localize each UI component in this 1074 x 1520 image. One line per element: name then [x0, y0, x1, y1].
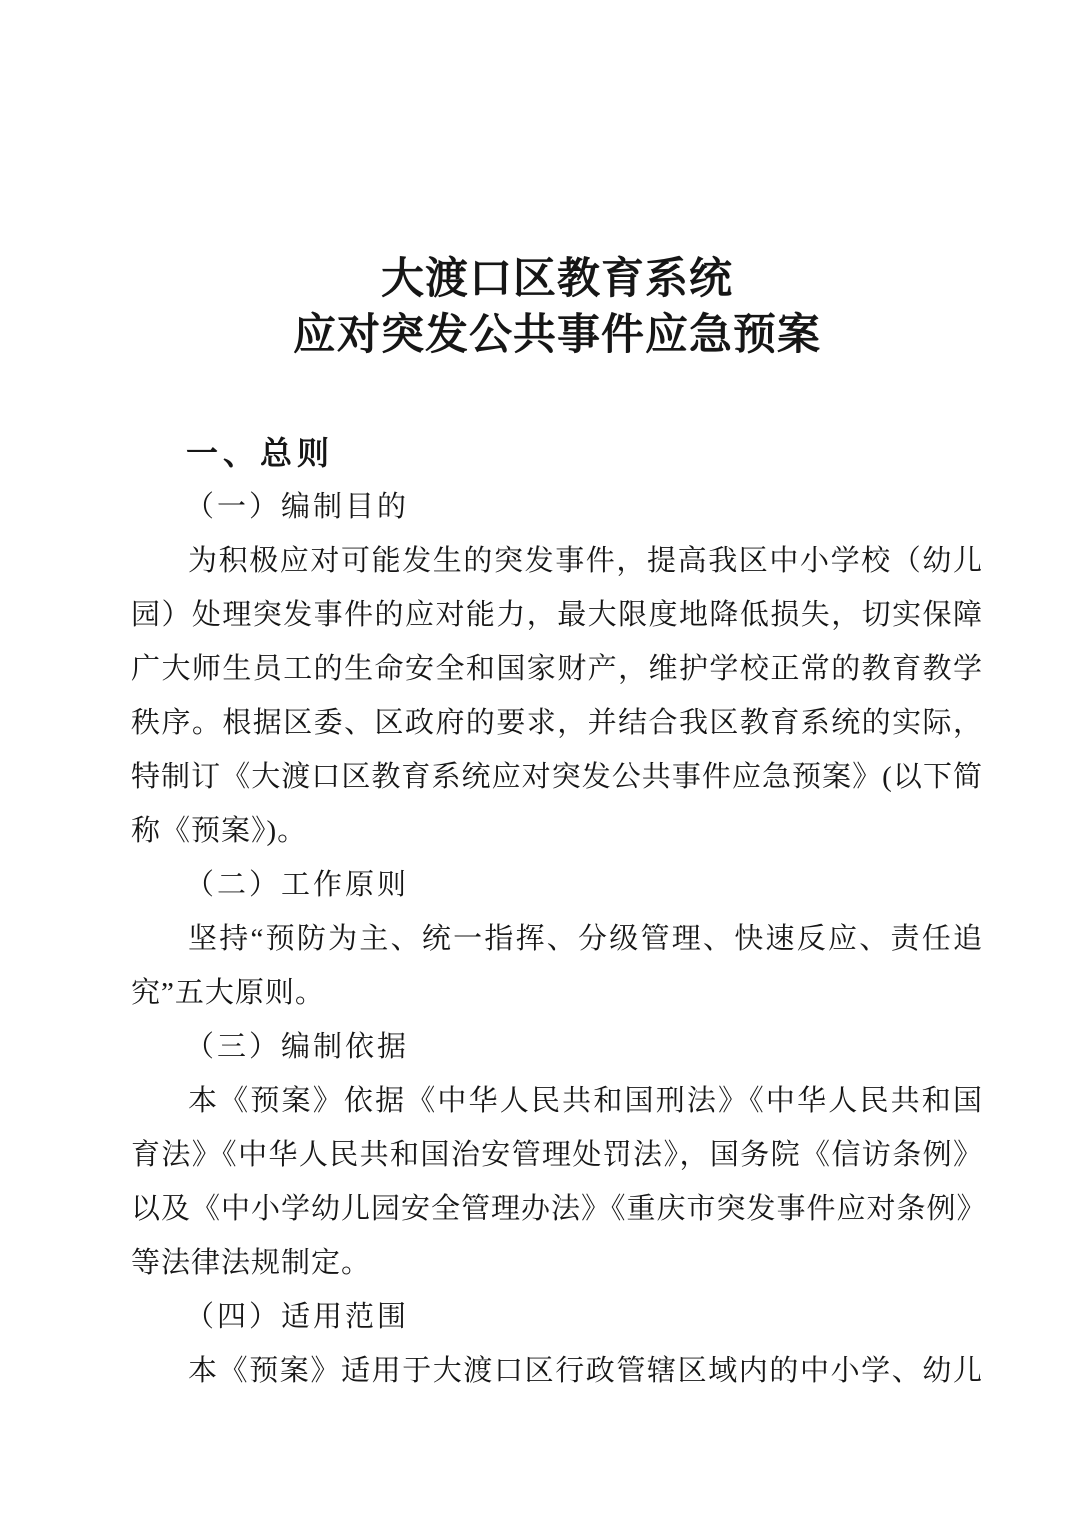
subsection-heading-scope: （四）适用范围: [131, 1290, 983, 1344]
body-line: 等法律法规制定。: [131, 1236, 983, 1290]
body-line: 秩序。根据区委、区政府的要求，并结合我区教育系统的实际，: [131, 696, 983, 750]
body-line: 为积极应对可能发生的突发事件，提高我区中小学校（幼儿: [131, 534, 983, 588]
body-line: 特制订《大渡口区教育系统应对突发公共事件应急预案》(以下简: [131, 750, 983, 804]
body-line: 本《预案》适用于大渡口区行政管辖区域内的中小学、幼儿: [131, 1344, 983, 1398]
document-body: 一、总则 （一）编制目的 为积极应对可能发生的突发事件，提高我区中小学校（幼儿 …: [131, 426, 983, 1398]
body-line: 广大师生员工的生命安全和国家财产，维护学校正常的教育教学: [131, 642, 983, 696]
subsection-heading-legal-basis: （三）编制依据: [131, 1020, 983, 1074]
document-page: 大渡口区教育系统 应对突发公共事件应急预案 一、总则 （一）编制目的 为积极应对…: [0, 0, 1074, 1520]
body-line: 坚持“预防为主、统一指挥、分级管理、快速反应、责任追: [131, 912, 983, 966]
document-title: 大渡口区教育系统 应对突发公共事件应急预案: [131, 252, 983, 364]
body-line: 园）处理突发事件的应对能力，最大限度地降低损失，切实保障: [131, 588, 983, 642]
section-heading-general-rules: 一、总则: [131, 426, 983, 480]
body-line: 本《预案》依据《中华人民共和国刑法》《中华人民共和国教: [131, 1074, 983, 1128]
subsection-heading-purpose: （一）编制目的: [131, 480, 983, 534]
body-line: 育法》《中华人民共和国治安管理处罚法》，国务院《信访条例》: [131, 1128, 983, 1182]
body-line: 究”五大原则。: [131, 966, 983, 1020]
body-line: 以及《中小学幼儿园安全管理办法》《重庆市突发事件应对条例》: [131, 1182, 983, 1236]
body-line: 称《预案》)。: [131, 804, 983, 858]
subsection-heading-principles: （二）工作原则: [131, 858, 983, 912]
title-line-2: 应对突发公共事件应急预案: [131, 308, 983, 364]
title-line-1: 大渡口区教育系统: [131, 252, 983, 308]
